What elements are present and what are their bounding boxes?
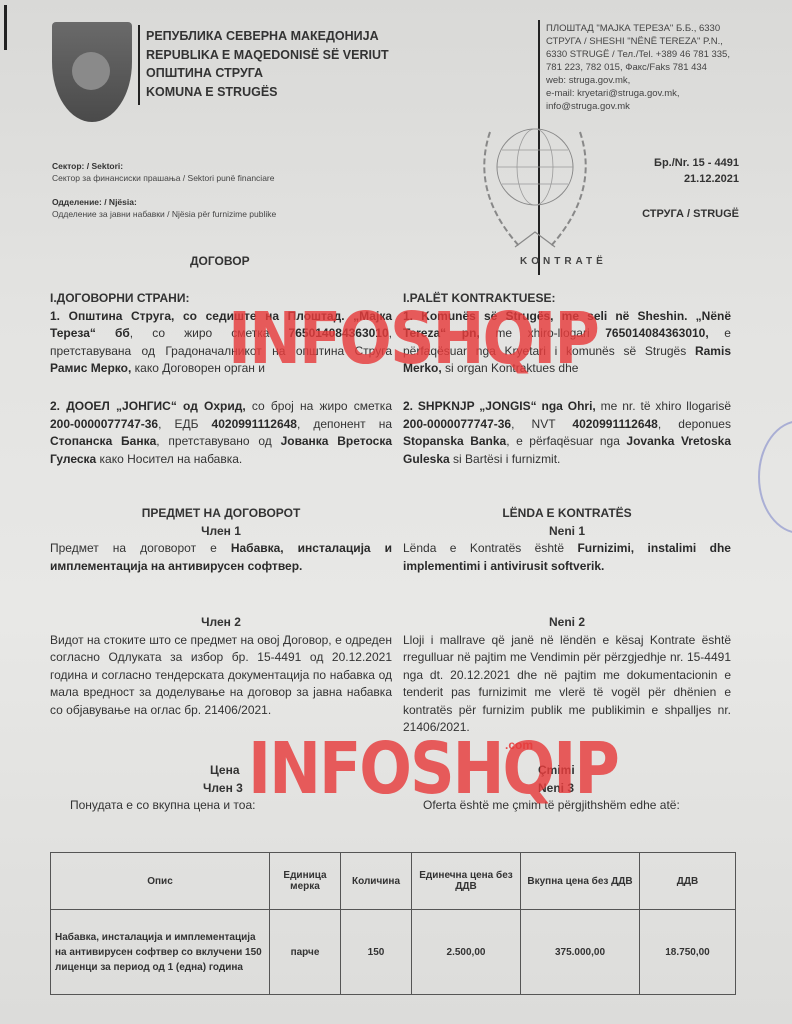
representative: Рамис Мерко, (50, 361, 131, 375)
text: si Bartësi i furnizmit. (450, 452, 561, 466)
text: како Носител на набавка. (96, 452, 242, 466)
watermark: INFOSHQIP (248, 727, 618, 811)
contact-line: 6330 STRUGË / Тел./Tel. +389 46 781 335, (546, 48, 776, 61)
header-line: ОПШТИНА СТРУГА (146, 64, 389, 83)
header-line: РЕПУБЛИКА СЕВЕРНА МАКЕДОНИЈА (146, 27, 389, 46)
header-line: KOMUNA E STRUGËS (146, 83, 389, 102)
price-table: Опис Единица мерка Количина Единечна цен… (50, 852, 736, 995)
cell-description: Набавка, инсталација и имплементација на… (51, 910, 270, 995)
col-description: Опис (51, 853, 270, 910)
col-unit-price: Единечна цена без ДДВ (412, 853, 521, 910)
sector-value: Сектор за финансиски прашања / Sektori p… (52, 172, 276, 184)
article-2-text: Видот на стоките што се предмет на овој … (50, 632, 392, 720)
tax-number: 4020991112648 (572, 417, 657, 431)
article-2-al: Neni 2 Lloji i mallrave që janë në lëndë… (403, 614, 731, 737)
article-2-mk: Член 2 Видот на стоките што се предмет н… (50, 614, 392, 719)
binder-mark (4, 5, 7, 50)
cell-vat: 18.750,00 (640, 910, 736, 995)
col-total-price: Вкупна цена без ДДВ (521, 853, 640, 910)
subject-mk: ПРЕДМЕТ НА ДОГОВОРОТ Член 1 Предмет на д… (50, 505, 392, 575)
party-name: 2. ДООЕЛ „ЈОНГИС“ од Охрид, (50, 399, 246, 413)
reference-date: 21.12.2021 (654, 171, 739, 187)
account-number: 765014084363010, (605, 326, 708, 340)
official-stamp-icon (758, 420, 792, 534)
party-2-mk: 2. ДООЕЛ „ЈОНГИС“ од Охрид, со број на ж… (50, 398, 392, 468)
header-line: REPUBLIKA E MAQEDONISË SË VERIUT (146, 46, 389, 65)
text: , NVT (511, 417, 572, 431)
article-1-label: Neni 1 (403, 523, 731, 541)
subject-heading: ПРЕДМЕТ НА ДОГОВОРОТ (50, 505, 392, 523)
document-title: ДОГОВОР (190, 254, 250, 268)
department-value: Одделение за јавни набавки / Njësia për … (52, 208, 276, 220)
coat-of-arms-icon (52, 22, 132, 122)
cell-total-price: 375.000,00 (521, 910, 640, 995)
contact-line: 781 223, 782 015, Факс/Faks 781 434 (546, 61, 776, 74)
article-1-text: Lënda e Kontratës është Furnizimi, insta… (403, 540, 731, 575)
department-label: Одделение: / Njësia: (52, 197, 137, 207)
header-divider (138, 25, 140, 105)
sector-label: Сектор: / Sektori: (52, 161, 123, 171)
sector-block: Сектор: / Sektori: Сектор за финансиски … (52, 160, 276, 220)
issuer-header: РЕПУБЛИКА СЕВЕРНА МАКЕДОНИЈА REPUBLIKA E… (146, 27, 389, 101)
account-number: 200-0000077747-36 (403, 417, 511, 431)
party-2-al: 2. SHPKNJP „JONGIS“ nga Ohri, me nr. të … (403, 398, 731, 468)
party-name: 2. SHPKNJP „JONGIS“ nga Ohri, (403, 399, 596, 413)
contact-line: ПЛОШТАД "МАЈКА ТЕРЕЗА" Б.Б., 6330 (546, 22, 776, 35)
reference-city: СТРУГА / STRUGË (642, 208, 739, 220)
bank-name: Stopanska Banka (403, 434, 506, 448)
cell-quantity: 150 (341, 910, 412, 995)
table-row: Набавка, инсталација и имплементација на… (51, 910, 736, 995)
table-header-row: Опис Единица мерка Количина Единечна цен… (51, 853, 736, 910)
contact-email: e-mail: kryetari@struga.gov.mk, (546, 87, 776, 100)
article-2-label: Член 2 (50, 614, 392, 632)
globe-wreath-emblem-icon (460, 112, 610, 262)
cell-unit: парче (270, 910, 341, 995)
subject-heading: LËNDA E KONTRATËS (403, 505, 731, 523)
text: Lënda e Kontratës është (403, 541, 577, 555)
article-2-label: Neni 2 (403, 614, 731, 632)
watermark: INFOSHQIP (228, 297, 598, 381)
text: , e përfaqësuar nga (506, 434, 626, 448)
account-number: 200-0000077747-36 (50, 417, 158, 431)
tax-number: 4020991112648 (212, 417, 297, 431)
text: , deponues (658, 417, 731, 431)
bank-name: Стопанска Банка (50, 434, 156, 448)
text: me nr. të xhiro llogarisë (596, 399, 731, 413)
subject-al: LËNDA E KONTRATËS Neni 1 Lënda e Kontrat… (403, 505, 731, 575)
text: Предмет на договорот е (50, 541, 231, 555)
col-quantity: Количина (341, 853, 412, 910)
reference-block: Бр./Nr. 15 - 4491 21.12.2021 (654, 155, 739, 187)
contact-line: СТРУГА / SHESHI "NËNË TEREZA" P.N., (546, 35, 776, 48)
text: , ЕДБ (158, 417, 211, 431)
contact-block: ПЛОШТАД "МАЈКА ТЕРЕЗА" Б.Б., 6330 СТРУГА… (546, 22, 776, 113)
text: со број на жиро сметка (246, 399, 392, 413)
contact-web: web: struga.gov.mk, (546, 74, 776, 87)
watermark-suffix: .com (505, 738, 533, 752)
kontrate-label: KONTRATË (520, 256, 607, 267)
reference-number: Бр./Nr. 15 - 4491 (654, 155, 739, 171)
col-unit: Единица мерка (270, 853, 341, 910)
col-vat: ДДВ (640, 853, 736, 910)
article-1-label: Член 1 (50, 523, 392, 541)
text: , депонент на (297, 417, 392, 431)
article-2-text: Lloji i mallrave që janë në lëndën e kës… (403, 632, 731, 737)
text: , претставувано од (156, 434, 280, 448)
cell-unit-price: 2.500,00 (412, 910, 521, 995)
contract-page: РЕПУБЛИКА СЕВЕРНА МАКЕДОНИЈА REPUBLIKA E… (0, 0, 792, 1024)
article-1-text: Предмет на договорот е Набавка, инсталац… (50, 540, 392, 575)
